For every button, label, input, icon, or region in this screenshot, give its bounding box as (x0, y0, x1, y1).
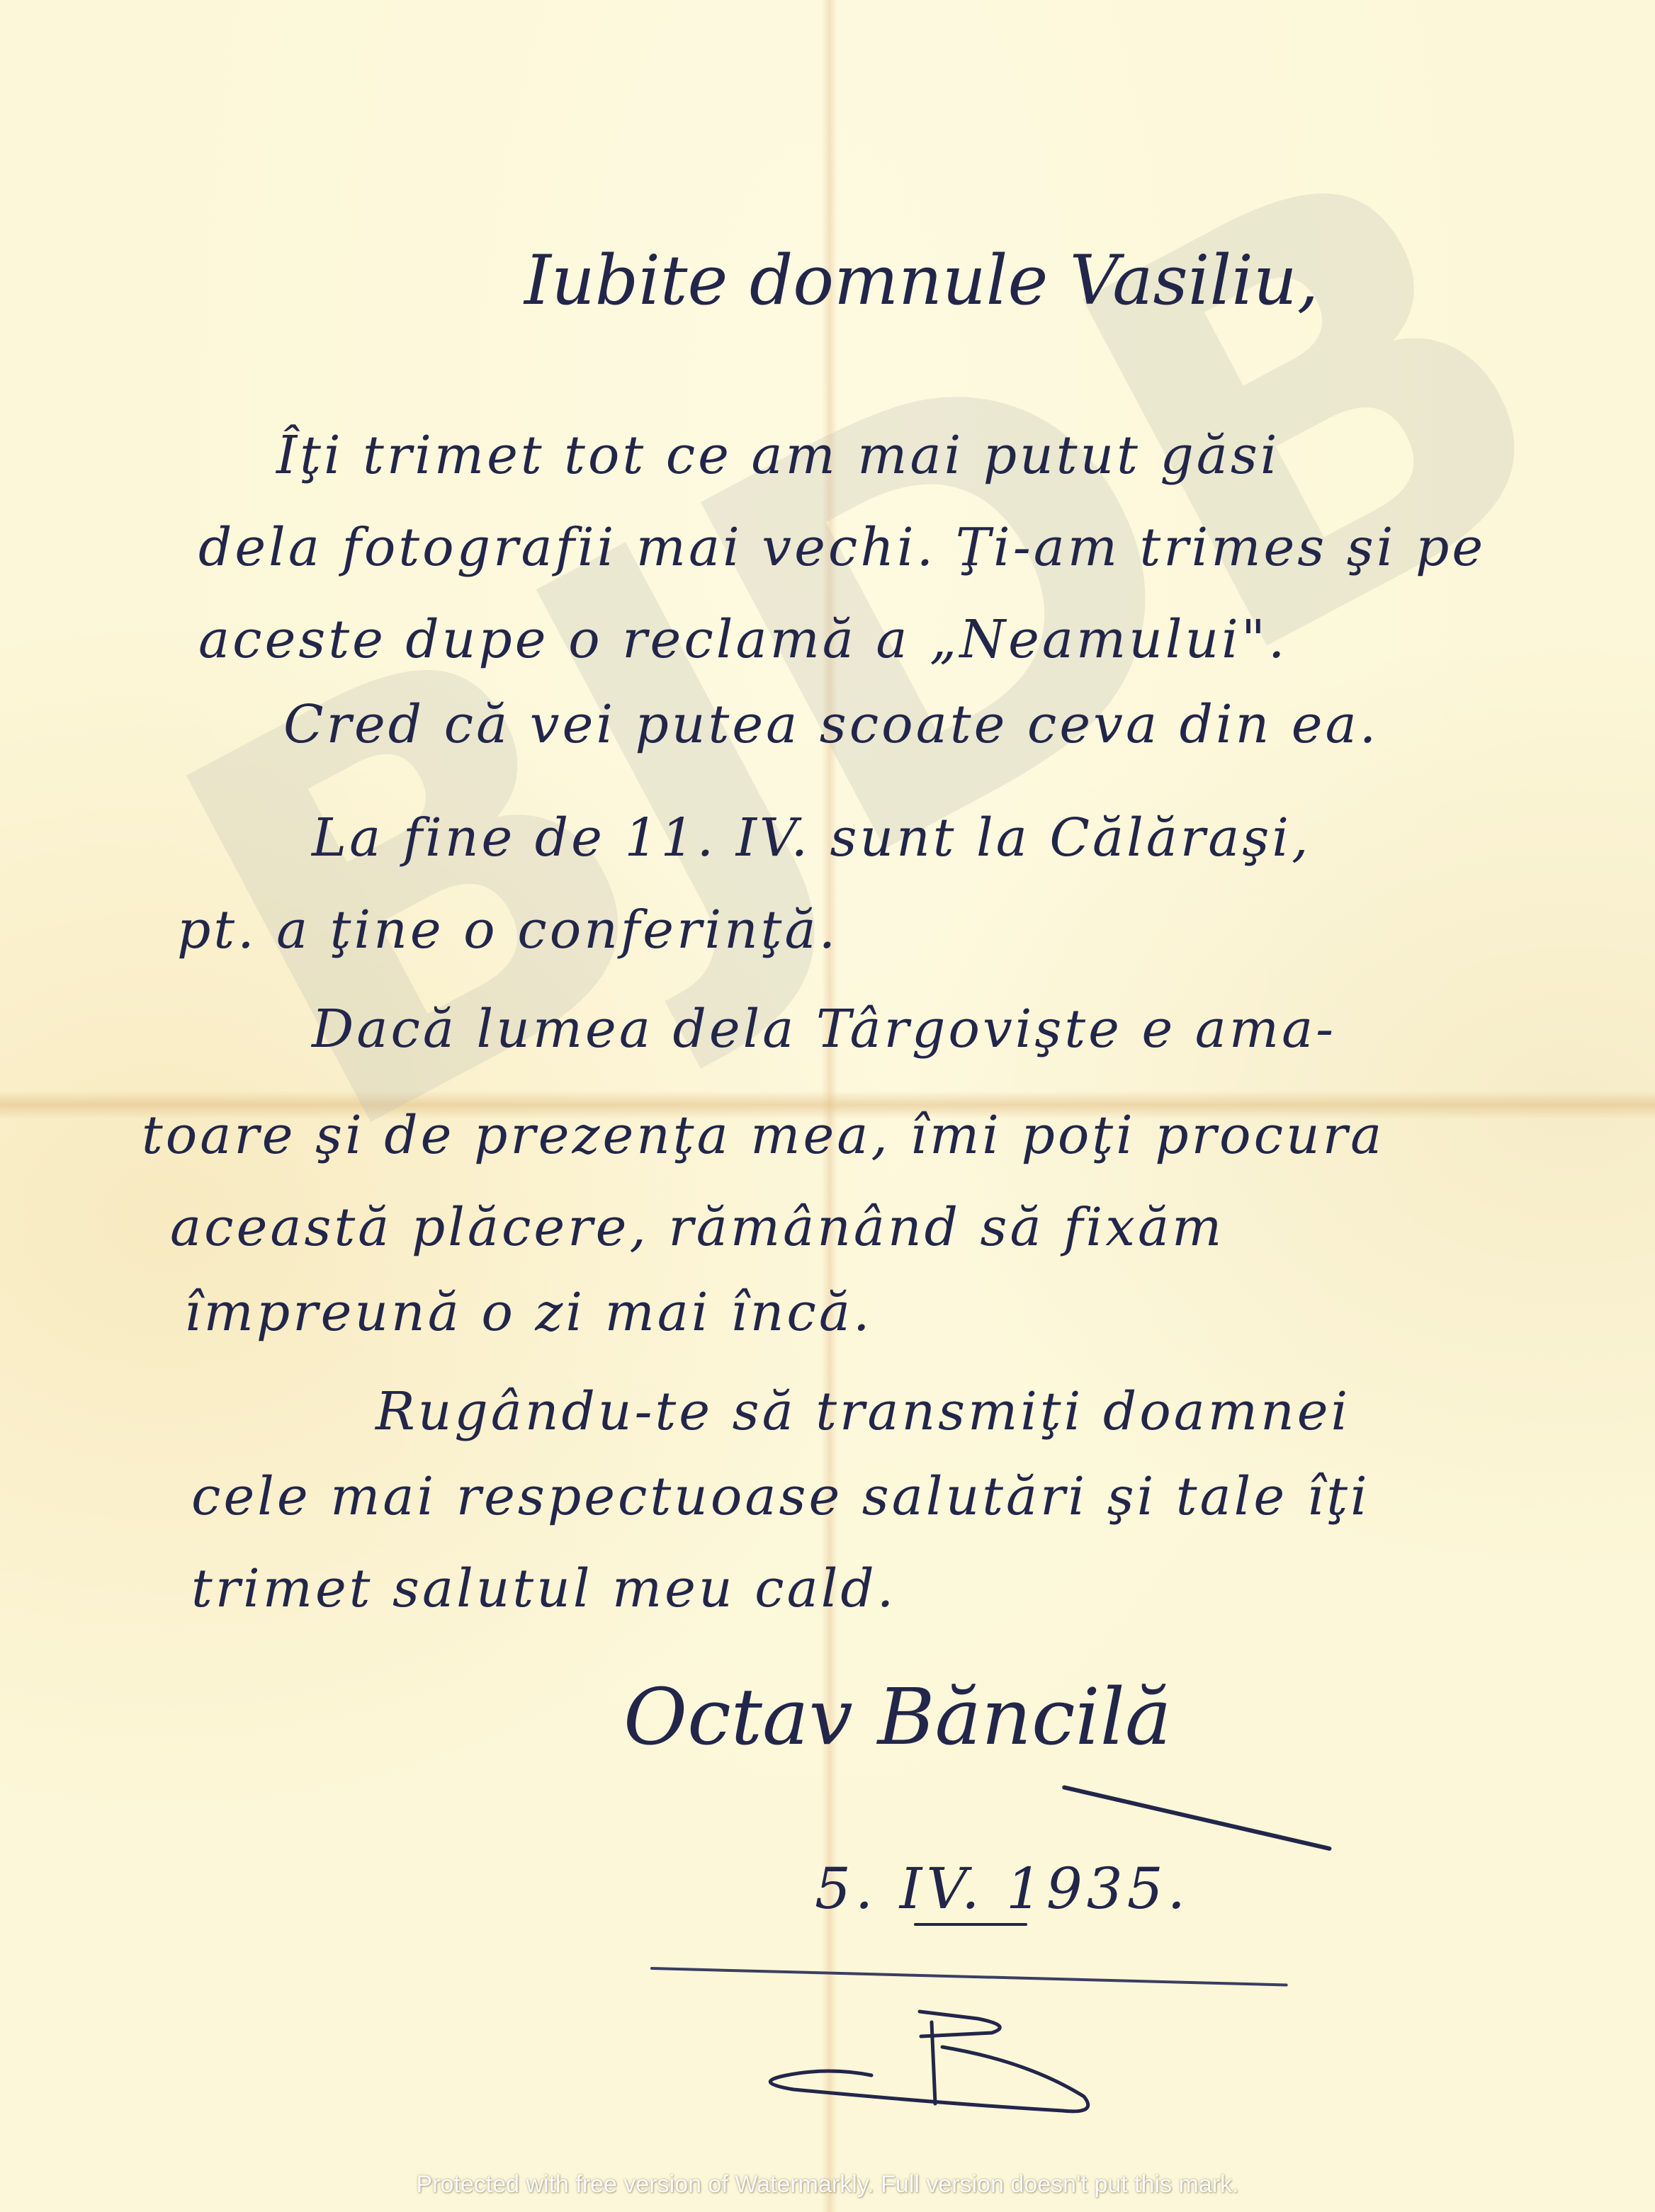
letter-line: La fine de 11. IV. sunt la Călăraşi, (312, 807, 1311, 868)
letter-line: dela fotografii mai vechi. Ţi-am trimes … (198, 517, 1486, 578)
watermark-footer-text: Protected with free version of Watermark… (0, 2171, 1655, 2199)
letter-line: trimet salutul meu cald. (191, 1558, 896, 1619)
letter-line: pt. a ţine o conferinţă. (177, 900, 838, 960)
letter-line: Rugându-te să transmiţi doamnei (375, 1381, 1350, 1442)
monogram-b-icon (730, 1983, 1169, 2125)
letter-line: Dacă lumea dela Târgovişte e ama- (312, 999, 1336, 1060)
letter-line: toare şi de prezenţa mea, îmi poţi procu… (142, 1105, 1384, 1166)
letter-line: această plăcere, rămânând să fixăm (170, 1197, 1224, 1258)
letter-date: 5. IV. 1935. (815, 1856, 1190, 1922)
letter-line: împreună o zi mai încă. (184, 1282, 872, 1343)
date-underline (914, 1923, 1027, 1926)
letter-line: Cred că vei putea scoate ceva din ea. (283, 694, 1379, 755)
letter-line: Îţi trimet tot ce am mai putut găsi (276, 425, 1280, 486)
letter-line: aceste dupe o reclamă a „Neamului". (198, 609, 1287, 670)
letter-line: cele mai respectuoase salutări şi tale î… (191, 1466, 1370, 1527)
letter-salutation: Iubite domnule Vasiliu, (524, 241, 1318, 320)
signature: Octav Băncilă (623, 1672, 1172, 1762)
